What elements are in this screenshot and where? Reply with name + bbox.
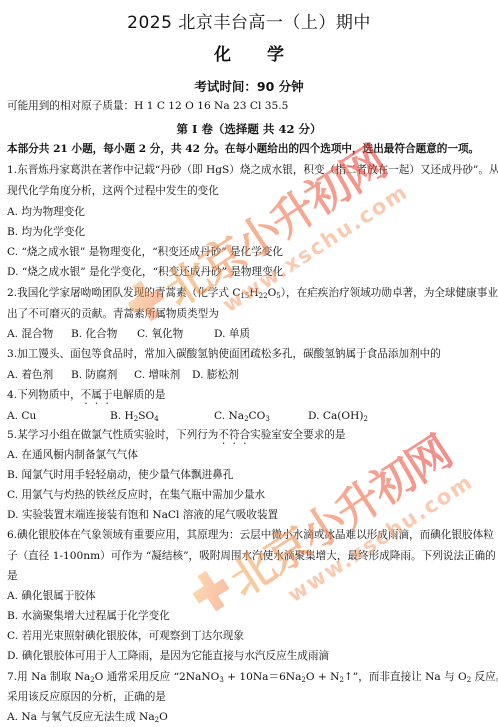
q1-stem-line2: 现代化学角度分析，这两个过程中发生的变化 xyxy=(7,184,219,198)
q4-options: A. Cu B. H2SO4 C. Na2CO3 D. Ca(OH)2 xyxy=(7,409,368,423)
q6-stem-line3: 是 xyxy=(7,569,18,583)
q5-option-a: A. 在通风橱内制备氯气气体 xyxy=(7,448,138,462)
exam-page: 2025 北京丰台高一（上）期中 化 学 考试时间：90 分钟 可能用到的相对原… xyxy=(0,0,498,727)
q6-option-d: D. 碘化银胶体可用于人工降雨，是因为它能直接与水汽反应生成雨滴 xyxy=(7,649,329,663)
q4-option-b: B. H2SO4 xyxy=(110,409,214,423)
q1-option-a: A. 均为物理变化 xyxy=(7,205,85,219)
q6-option-a: A. 碘化银属于胶体 xyxy=(7,589,96,603)
q4-option-a: A. Cu xyxy=(7,409,110,423)
q1-option-c: C. “烧之成水银” 是物理变化，“积变还成丹砂” 是化学变化 xyxy=(7,245,283,259)
q6-stem-line1: 6.碘化银胶体在气象领域有重要应用，其原理为：云层中微小水滴或冰晶难以形成雨滴，… xyxy=(7,528,494,542)
atomic-masses: 可能用到的相对原子质量：H 1 C 12 O 16 Na 23 Cl 35.5 xyxy=(7,99,288,113)
q5-stem: 5.某学习小组在做氯气性质实验时，下列行为不符合实验室安全要求的是 xyxy=(7,428,346,447)
q7-stem-line1: 7.用 Na 制取 Na2O 通常采用反应 “2NaNO3 + 10Na＝6Na… xyxy=(7,670,498,684)
q7-option-a: A. Na 与氧气反应无法生成 Na2O xyxy=(7,710,168,724)
watermark-logo-icon xyxy=(186,565,236,617)
exam-time: 考试时间：90 分钟 xyxy=(0,77,498,95)
section-title: 第 I 卷（选择题 共 42 分） xyxy=(0,122,498,136)
q1-option-b: B. 均为化学变化 xyxy=(7,225,85,239)
q3-stem: 3.加工馒头、面包等食品时，常加入碳酸氢钠使面团疏松多孔，碳酸氢钠属于食品添加剂… xyxy=(7,347,441,361)
q4-stem: 4.下列物质中，不属于电解质的是 xyxy=(7,388,165,407)
q2-option-c: C. 氧化物 xyxy=(137,327,214,341)
emphasis-not: 不属于 xyxy=(81,389,113,401)
q4-option-c: C. Na2CO3 xyxy=(214,409,308,423)
q4-option-d: D. Ca(OH)2 xyxy=(308,409,368,423)
q2-option-d: D. 单质 xyxy=(214,327,250,341)
q6-stem-line2: 子（直径 1-100nm）可作为 “凝结核”，吸附周围水汽使水滴聚集增大，最终形… xyxy=(7,549,496,563)
q3-option-d: D. 膨松剂 xyxy=(192,368,239,382)
q1-option-d: D. “烧之成水银” 是化学变化，“积变还成丹砂” 是物理变化 xyxy=(7,265,283,279)
q7-stem-line2: 采用该反应原因的分析，正确的是 xyxy=(7,690,166,704)
q3-options: A. 着色剂 B. 防腐剂 C. 增味剂 D. 膨松剂 xyxy=(7,368,239,382)
q6-option-c: C. 若用光束照射碘化银胶体，可观察到丁达尔现象 xyxy=(7,629,244,643)
q5-option-c: C. 用氯气与灼热的铁丝反应时，在集气瓶中需加少量水 xyxy=(7,488,265,502)
q2-stem-line2: 出了不可磨灭的贡献。青蒿素所属物质类型为 xyxy=(7,307,219,321)
q5-option-d: D. 实验装置末端连接装有饱和 NaCl 溶液的尾气吸收装置 xyxy=(7,508,278,522)
q3-option-c: C. 增味剂 xyxy=(134,368,192,382)
q3-option-a: A. 着色剂 xyxy=(7,368,71,382)
q2-stem-line1: 2.我国化学家屠呦呦团队发现的青蒿素（化学式 C15H22O5），在疟疾治疗领域… xyxy=(7,286,498,300)
q3-option-b: B. 防腐剂 xyxy=(71,368,134,382)
q2-option-b: B. 化合物 xyxy=(71,327,137,341)
q6-option-b: B. 水滴聚集增大过程属于化学变化 xyxy=(7,609,170,623)
q1-stem-line1: 1.东晋炼丹家葛洪在著作中记载“丹砂（即 HgS）烧之成水银，积变（指二者放在一… xyxy=(7,163,498,177)
emphasis-not-conform: 不符合 xyxy=(218,429,250,441)
q2-option-a: A. 混合物 xyxy=(7,327,71,341)
exam-title: 2025 北京丰台高一（上）期中 xyxy=(0,8,498,33)
subject-title: 化 学 xyxy=(0,40,498,65)
q2-options: A. 混合物 B. 化合物 C. 氧化物 D. 单质 xyxy=(7,327,250,341)
q5-option-b: B. 闻氯气时用手轻轻扇动，使少量气体飘进鼻孔 xyxy=(7,468,233,482)
section-instructions: 本部分共 21 小题，每小题 2 分，共 42 分。在每小题给出的四个选项中，选… xyxy=(7,142,479,156)
watermark-2: 北京小升初网 www.xschu.com xyxy=(215,416,478,629)
